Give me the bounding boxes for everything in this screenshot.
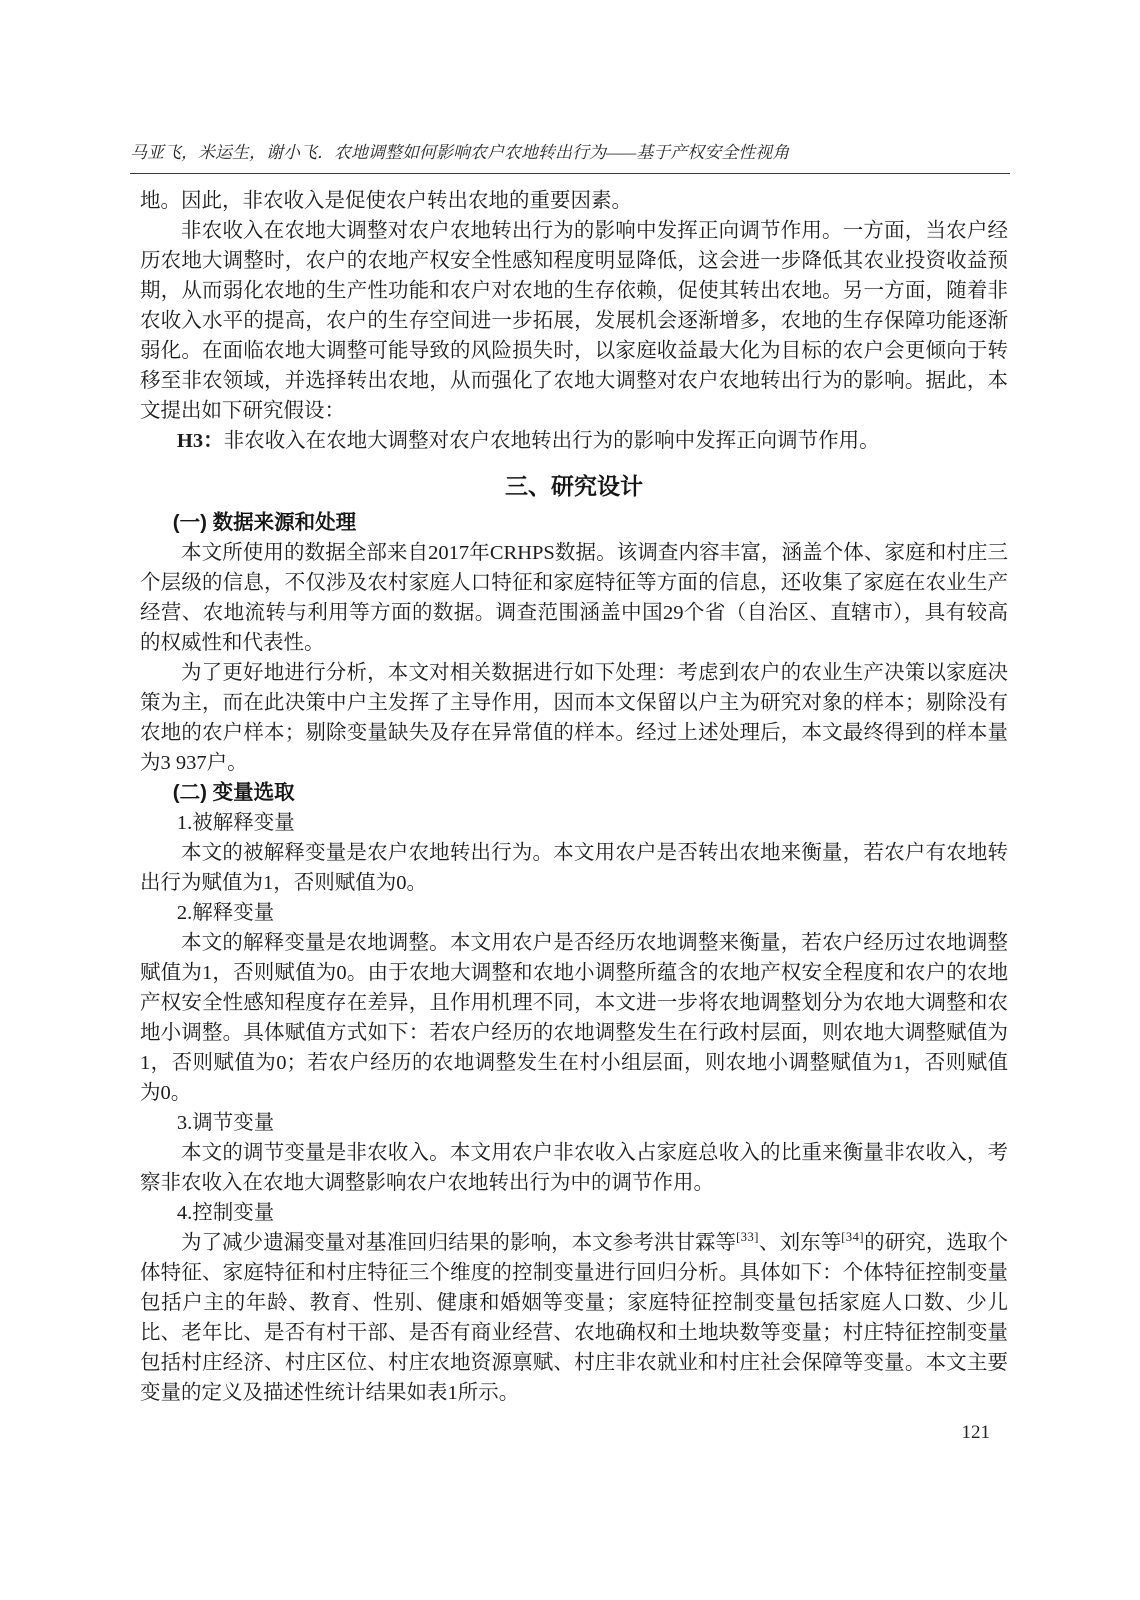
- control-variable-text-3: 的研究，选取个体特征、家庭特征和村庄特征三个维度的控制变量进行回归分析。具体如下…: [140, 1232, 1008, 1404]
- control-variable-text-2: 、刘东等: [759, 1232, 841, 1254]
- paragraph-control-variable: 为了减少遗漏变量对基准回归结果的影响，本文参考洪甘霖等[33]、刘东等[34]的…: [140, 1228, 1008, 1408]
- item-moderator-variable-title: 3.调节变量: [140, 1108, 1008, 1138]
- citation-ref-33: [33]: [736, 1230, 759, 1244]
- paragraph-data-source: 本文所使用的数据全部来自2017年CRHPS数据。该调查内容丰富，涵盖个体、家庭…: [140, 538, 1008, 658]
- paragraph-dependent-variable: 本文的被解释变量是农户农地转出行为。本文用农户是否转出农地来衡量，若农户有农地转…: [140, 838, 1008, 898]
- hypothesis-h3-label: H3：: [177, 430, 224, 452]
- citation-ref-34: [34]: [841, 1230, 864, 1244]
- item-control-variable-title: 4.控制变量: [140, 1198, 1008, 1228]
- paragraph-continuation: 地。因此，非农收入是促使农户转出农地的重要因素。: [140, 186, 1008, 216]
- paragraph-moderation-effect: 非农收入在农地大调整对农户农地转出行为的影响中发挥正向调节作用。一方面，当农户经…: [140, 216, 1008, 426]
- section-title-research-design: 三、研究设计: [140, 469, 1008, 503]
- hypothesis-h3: H3：非农收入在农地大调整对农户农地转出行为的影响中发挥正向调节作用。: [140, 426, 1008, 456]
- paper-page: 马亚飞，米运生，谢小飞．农地调整如何影响农户农地转出行为——基于产权安全性视角 …: [0, 0, 1140, 1600]
- article-body: 地。因此，非农收入是促使农户转出农地的重要因素。 非农收入在农地大调整对农户农地…: [140, 186, 1008, 1408]
- item-explanatory-variable-title: 2.解释变量: [140, 898, 1008, 928]
- subsection-data-source-title: (一) 数据来源和处理: [140, 508, 1008, 538]
- running-header-text: 马亚飞，米运生，谢小飞．农地调整如何影响农户农地转出行为——基于产权安全性视角: [130, 142, 1010, 164]
- hypothesis-h3-text: 非农收入在农地大调整对农户农地转出行为的影响中发挥正向调节作用。: [224, 430, 880, 452]
- control-variable-text-1: 为了减少遗漏变量对基准回归结果的影响，本文参考洪甘霖等: [181, 1232, 736, 1254]
- paragraph-data-processing: 为了更好地进行分析，本文对相关数据进行如下处理：考虑到农户的农业生产决策以家庭决…: [140, 658, 1008, 778]
- running-header: 马亚飞，米运生，谢小飞．农地调整如何影响农户农地转出行为——基于产权安全性视角: [130, 142, 1010, 174]
- paragraph-explanatory-variable: 本文的解释变量是农地调整。本文用农户是否经历农地调整来衡量，若农户经历过农地调整…: [140, 928, 1008, 1108]
- item-dependent-variable-title: 1.被解释变量: [140, 808, 1008, 838]
- paragraph-moderator-variable: 本文的调节变量是非农收入。本文用农户非农收入占家庭总收入的比重来衡量非农收入，考…: [140, 1138, 1008, 1198]
- page-number: 121: [962, 1422, 991, 1444]
- subsection-variable-selection-title: (二) 变量选取: [140, 778, 1008, 808]
